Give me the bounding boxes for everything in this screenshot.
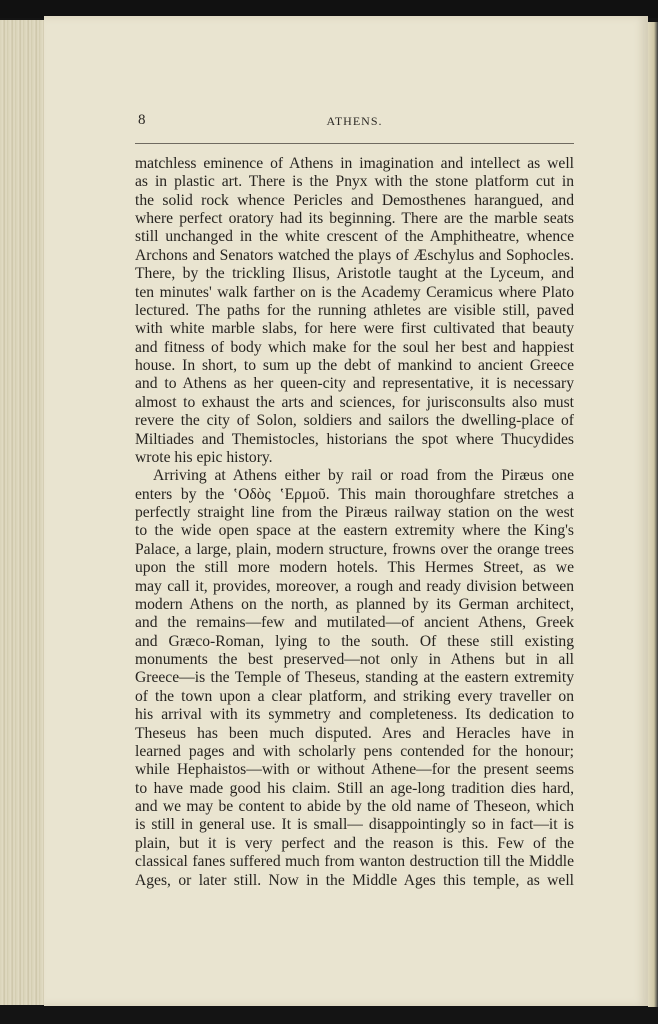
text-line: perfectly straight line from the Piræus …	[135, 504, 574, 522]
text-line: and we may be content to abide by the ol…	[135, 798, 574, 816]
text-line: where perfect oratory had its beginning.…	[135, 210, 574, 228]
text-line: still unchanged in the white crescent of…	[135, 228, 574, 246]
text-line: revere the city of Solon, soldiers and s…	[135, 412, 574, 430]
text-line: Miltiades and Themistocles, historians t…	[135, 431, 574, 449]
text-line: lectured. The paths for the running athl…	[135, 302, 574, 320]
text-line: the solid rock whence Pericles and Demos…	[135, 192, 574, 210]
text-line: and Græco-Roman, lying to the south. Of …	[135, 633, 574, 651]
running-head: 8 ATHENS.	[135, 112, 574, 132]
text-line: There, by the trickling Ilisus, Aristotl…	[135, 265, 574, 283]
text-line: may call it, provides, moreover, a rough…	[135, 578, 574, 596]
text-line: while Hephaistos—with or without Athene—…	[135, 761, 574, 779]
text-line: and the remains—few and mutilated—of anc…	[135, 614, 574, 632]
text-line: modern Athens on the north, as planned b…	[135, 596, 574, 614]
text-line: ten minutes' walk farther on is the Acad…	[135, 284, 574, 302]
paragraph-end-line: wrote his epic history.	[135, 449, 574, 467]
book-page-right-edge	[648, 22, 658, 1007]
text-line: learned pages and with scholarly pens co…	[135, 743, 574, 761]
text-line: upon the still more modern hotels. This …	[135, 559, 574, 577]
text-line: to have made good his claim. Still an ag…	[135, 780, 574, 798]
running-title: ATHENS.	[135, 114, 574, 129]
text-line: and to Athens as her queen-city and repr…	[135, 375, 574, 393]
text-line: as in plastic art. There is the Pnyx wit…	[135, 173, 574, 191]
text-line: plain, but it is very perfect and the re…	[135, 835, 574, 853]
book-page-stack-edge	[0, 20, 45, 1005]
text-line: Ages, or later still. Now in the Middle …	[135, 872, 574, 890]
text-line: and fitness of body which make for the s…	[135, 339, 574, 357]
text-line: Theseus has been much disputed. Ares and…	[135, 725, 574, 743]
text-line: Palace, a large, plain, modern structure…	[135, 541, 574, 559]
paragraph-start-line: Arriving at Athens either by rail or roa…	[135, 467, 574, 485]
text-line: of the town upon a clear platform, and s…	[135, 688, 574, 706]
text-line: Archons and Senators watched the plays o…	[135, 247, 574, 265]
text-line: is still in general use. It is small— di…	[135, 816, 574, 834]
text-line: his arrival with its symmetry and comple…	[135, 706, 574, 724]
text-line: monuments the best preserved—not only in…	[135, 651, 574, 669]
text-line: with white marble slabs, for here were f…	[135, 320, 574, 338]
text-line: enters by the ʽΟδὸς ʽΕρμοῦ. This main th…	[135, 486, 574, 504]
text-line: Greece—is the Temple of Theseus, standin…	[135, 669, 574, 687]
text-line: matchless eminence of Athens in imaginat…	[135, 155, 574, 173]
text-line: classical fanes suffered much from wanto…	[135, 853, 574, 871]
text-line: almost to exhaust the arts and sciences,…	[135, 394, 574, 412]
header-rule	[135, 143, 574, 144]
text-line: house. In short, to sum up the debt of m…	[135, 357, 574, 375]
text-line: to the wide open space at the eastern ex…	[135, 522, 574, 540]
body-text: matchless eminence of Athens in imaginat…	[135, 155, 574, 890]
